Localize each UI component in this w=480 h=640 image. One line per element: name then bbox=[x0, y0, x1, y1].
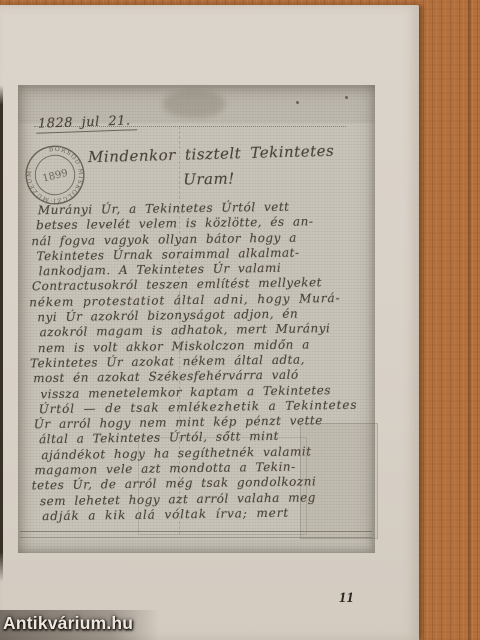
letter-scan: 1828 jul 21. BORSOD·MISKOLCZI·MÚZEUM· 18… bbox=[18, 85, 375, 553]
wood-grain-seam bbox=[468, 0, 471, 640]
crease-mark bbox=[138, 437, 307, 535]
antikvarium-watermark: Antikvárium.hu bbox=[0, 610, 159, 640]
crease-mark bbox=[300, 423, 378, 539]
smudge-mark bbox=[163, 90, 225, 118]
salutation-line: Mindenkor tisztelt Tekintetes bbox=[88, 142, 330, 166]
date-annotation: 1828 jul 21. bbox=[36, 113, 137, 134]
stamp-year: 1899 bbox=[41, 168, 69, 185]
salutation-line: Uram! bbox=[88, 168, 330, 190]
page-number: 11 bbox=[339, 590, 355, 607]
letter-bottom-edge-line bbox=[20, 537, 372, 538]
book-photo: 1828 jul 21. BORSOD·MISKOLCZI·MÚZEUM· 18… bbox=[0, 0, 480, 640]
page-edge-shadow bbox=[0, 85, 3, 582]
letter-bottom-edge-line bbox=[20, 531, 372, 532]
book-page: 1828 jul 21. BORSOD·MISKOLCZI·MÚZEUM· 18… bbox=[0, 5, 419, 640]
ink-speck bbox=[345, 96, 348, 99]
ink-speck bbox=[296, 101, 299, 104]
